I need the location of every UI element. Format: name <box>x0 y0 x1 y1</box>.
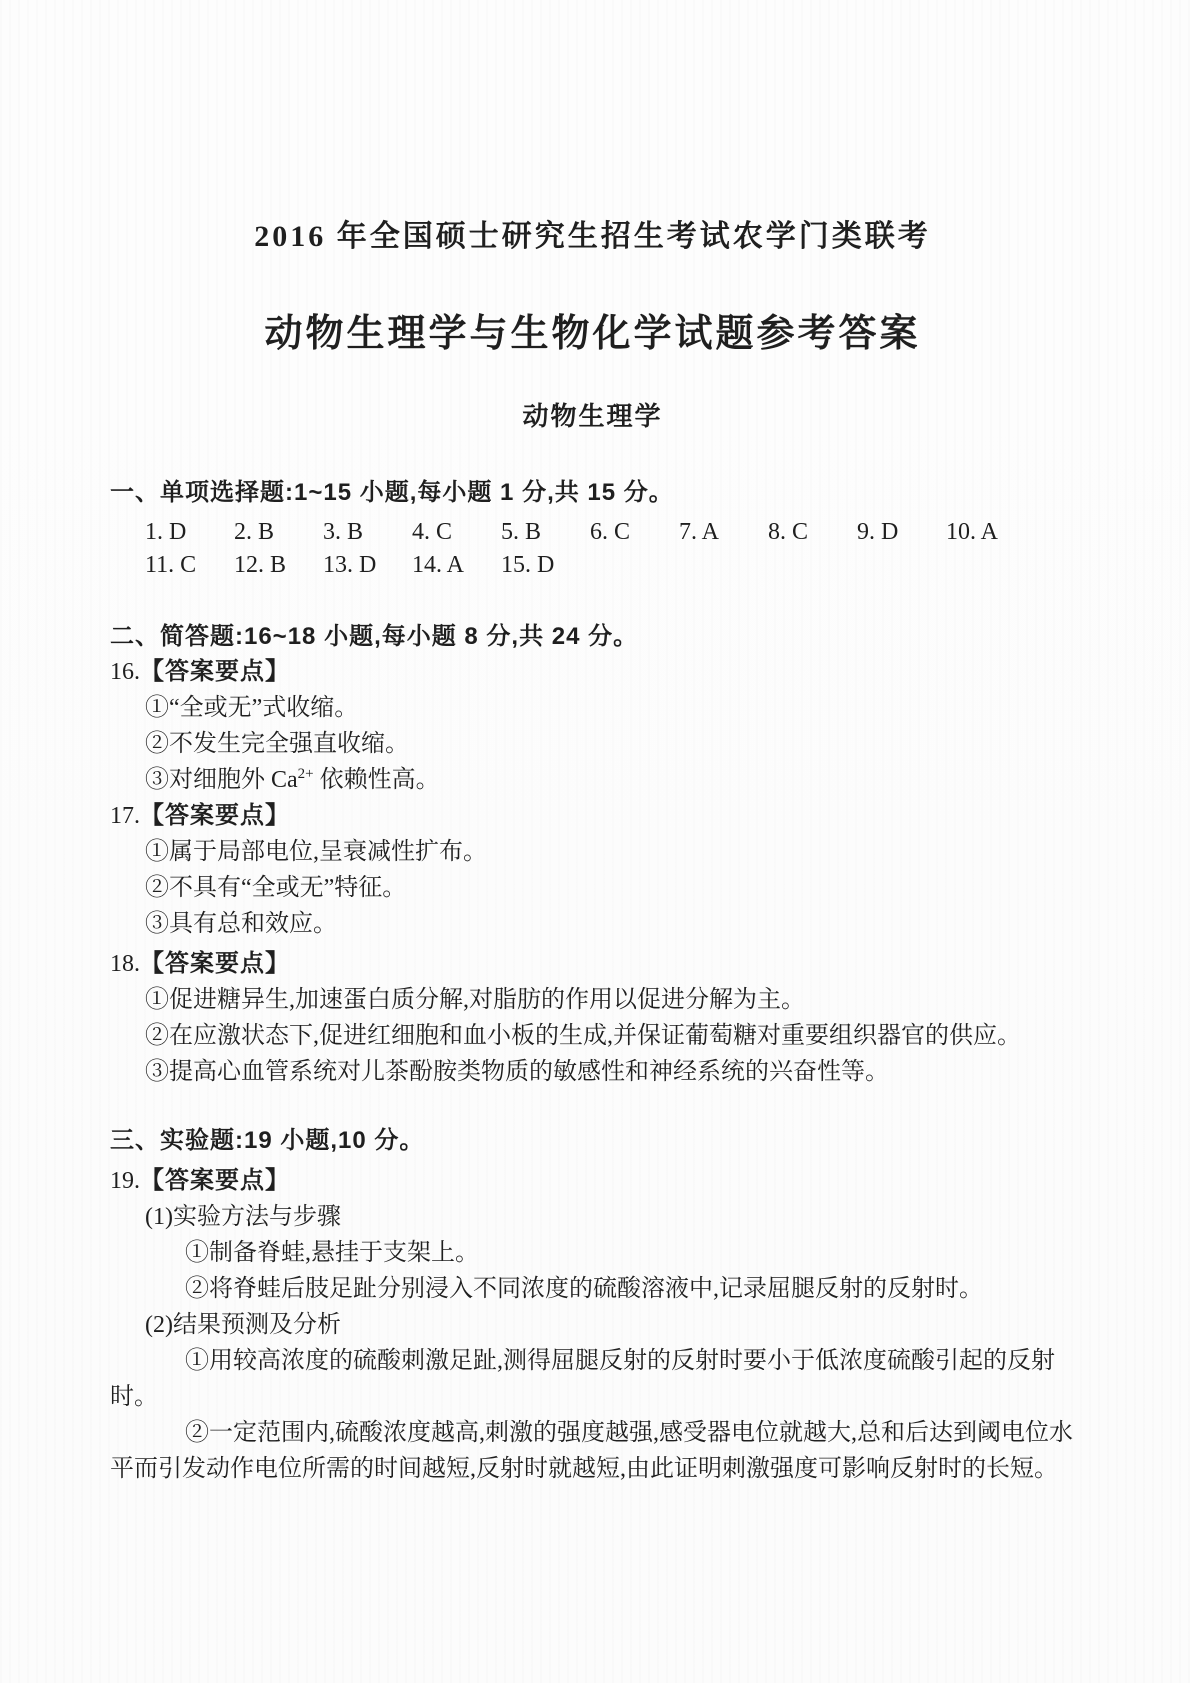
question-17-label: 17.【答案要点】 <box>110 798 1075 834</box>
answer-item-15: 15. D <box>501 549 584 582</box>
question-18-block: 18.【答案要点】 ①促进糖异生,加速蛋白质分解,对脂肪的作用以促进分解为主。 … <box>110 946 1075 1090</box>
section-3-heading: 三、实验题:19 小题,10 分。 <box>110 1126 1075 1156</box>
question-17-block: 17.【答案要点】 ①属于局部电位,呈衰减性扩布。 ②不具有“全或无”特征。 ③… <box>110 798 1075 942</box>
question-16-tag: 【答案要点】 <box>140 658 290 685</box>
question-19-label: 19.【答案要点】 <box>110 1163 1075 1199</box>
answer-item-5: 5. B <box>501 516 584 549</box>
question-16-label: 16.【答案要点】 <box>110 654 1075 690</box>
q17-point-1: ①属于局部电位,呈衰减性扩布。 <box>110 834 1075 870</box>
q16-point-3-post: 依赖性高。 <box>314 767 440 793</box>
q18-point-1: ①促进糖异生,加速蛋白质分解,对脂肪的作用以促进分解为主。 <box>110 982 1075 1018</box>
question-18-number: 18. <box>110 951 140 977</box>
page-content: 2016 年全国硕士研究生招生考试农学门类联考 动物生理学与生物化学试题参考答案… <box>0 0 1190 1487</box>
q19-part2-point-1: ①用较高浓度的硫酸刺激足趾,测得屈腿反射的反射时要小于低浓度硫酸引起的反射时。 <box>110 1343 1075 1415</box>
q19-part1-title: (1)实验方法与步骤 <box>110 1199 1075 1235</box>
question-17-number: 17. <box>110 803 140 829</box>
q17-point-3: ③具有总和效应。 <box>110 906 1075 942</box>
question-19-block: 19.【答案要点】 (1)实验方法与步骤 ①制备脊蛙,悬挂于支架上。 ②将脊蛙后… <box>110 1163 1075 1487</box>
q16-point-2: ②不发生完全强直收缩。 <box>110 726 1075 762</box>
answer-item-3: 3. B <box>323 516 406 549</box>
q16-point-1: ①“全或无”式收缩。 <box>110 690 1075 726</box>
section-1-heading: 一、单项选择题:1~15 小题,每小题 1 分,共 15 分。 <box>110 478 1075 508</box>
answer-item-4: 4. C <box>412 516 495 549</box>
answer-item-12: 12. B <box>234 549 317 582</box>
answer-key-title: 动物生理学与生物化学试题参考答案 <box>110 310 1075 358</box>
q17-point-2: ②不具有“全或无”特征。 <box>110 870 1075 906</box>
question-18-tag: 【答案要点】 <box>140 950 290 977</box>
q18-point-3: ③提高心血管系统对儿茶酚胺类物质的敏感性和神经系统的兴奋性等。 <box>110 1054 1075 1090</box>
answer-item-8: 8. C <box>768 516 851 549</box>
q16-point-3: ③对细胞外 Ca2+ 依赖性高。 <box>110 762 1075 798</box>
question-18-label: 18.【答案要点】 <box>110 946 1075 982</box>
q18-point-2: ②在应激状态下,促进红细胞和血小板的生成,并保证葡萄糖对重要组织器官的供应。 <box>110 1018 1075 1054</box>
answers-row-2: 11. C 12. B 13. D 14. A 15. D <box>110 549 1075 582</box>
section-2-heading: 二、简答题:16~18 小题,每小题 8 分,共 24 分。 <box>110 622 1075 652</box>
answer-item-1: 1. D <box>145 516 228 549</box>
q19-part1-step-1: ①制备脊蛙,悬挂于支架上。 <box>110 1235 1075 1271</box>
calcium-ion-superscript: 2+ <box>298 766 314 782</box>
answers-row-1: 1. D 2. B 3. B 4. C 5. B 6. C 7. A 8. C … <box>110 516 1075 549</box>
q19-part2-title: (2)结果预测及分析 <box>110 1307 1075 1343</box>
answer-item-7: 7. A <box>679 516 762 549</box>
question-17-tag: 【答案要点】 <box>140 802 290 829</box>
answer-item-9: 9. D <box>857 516 940 549</box>
q19-part2-point-2: ②一定范围内,硫酸浓度越高,刺激的强度越强,感受器电位就越大,总和后达到阈电位水… <box>110 1415 1075 1487</box>
question-16-number: 16. <box>110 659 140 685</box>
document-page: 2016 年全国硕士研究生招生考试农学门类联考 动物生理学与生物化学试题参考答案… <box>0 0 1190 1683</box>
answer-item-14: 14. A <box>412 549 495 582</box>
question-19-tag: 【答案要点】 <box>140 1167 290 1194</box>
answer-item-6: 6. C <box>590 516 673 549</box>
subject-heading: 动物生理学 <box>110 400 1075 432</box>
q19-part1-step-2: ②将脊蛙后肢足趾分别浸入不同浓度的硫酸溶液中,记录屈腿反射的反射时。 <box>110 1271 1075 1307</box>
answer-item-11: 11. C <box>145 549 228 582</box>
q16-point-3-pre: ③对细胞外 Ca <box>145 767 298 793</box>
question-19-number: 19. <box>110 1168 140 1194</box>
answer-item-13: 13. D <box>323 549 406 582</box>
exam-title: 2016 年全国硕士研究生招生考试农学门类联考 <box>110 218 1075 256</box>
question-16-block: 16.【答案要点】 ①“全或无”式收缩。 ②不发生完全强直收缩。 ③对细胞外 C… <box>110 654 1075 798</box>
answer-item-2: 2. B <box>234 516 317 549</box>
answer-item-10: 10. A <box>946 516 1029 549</box>
